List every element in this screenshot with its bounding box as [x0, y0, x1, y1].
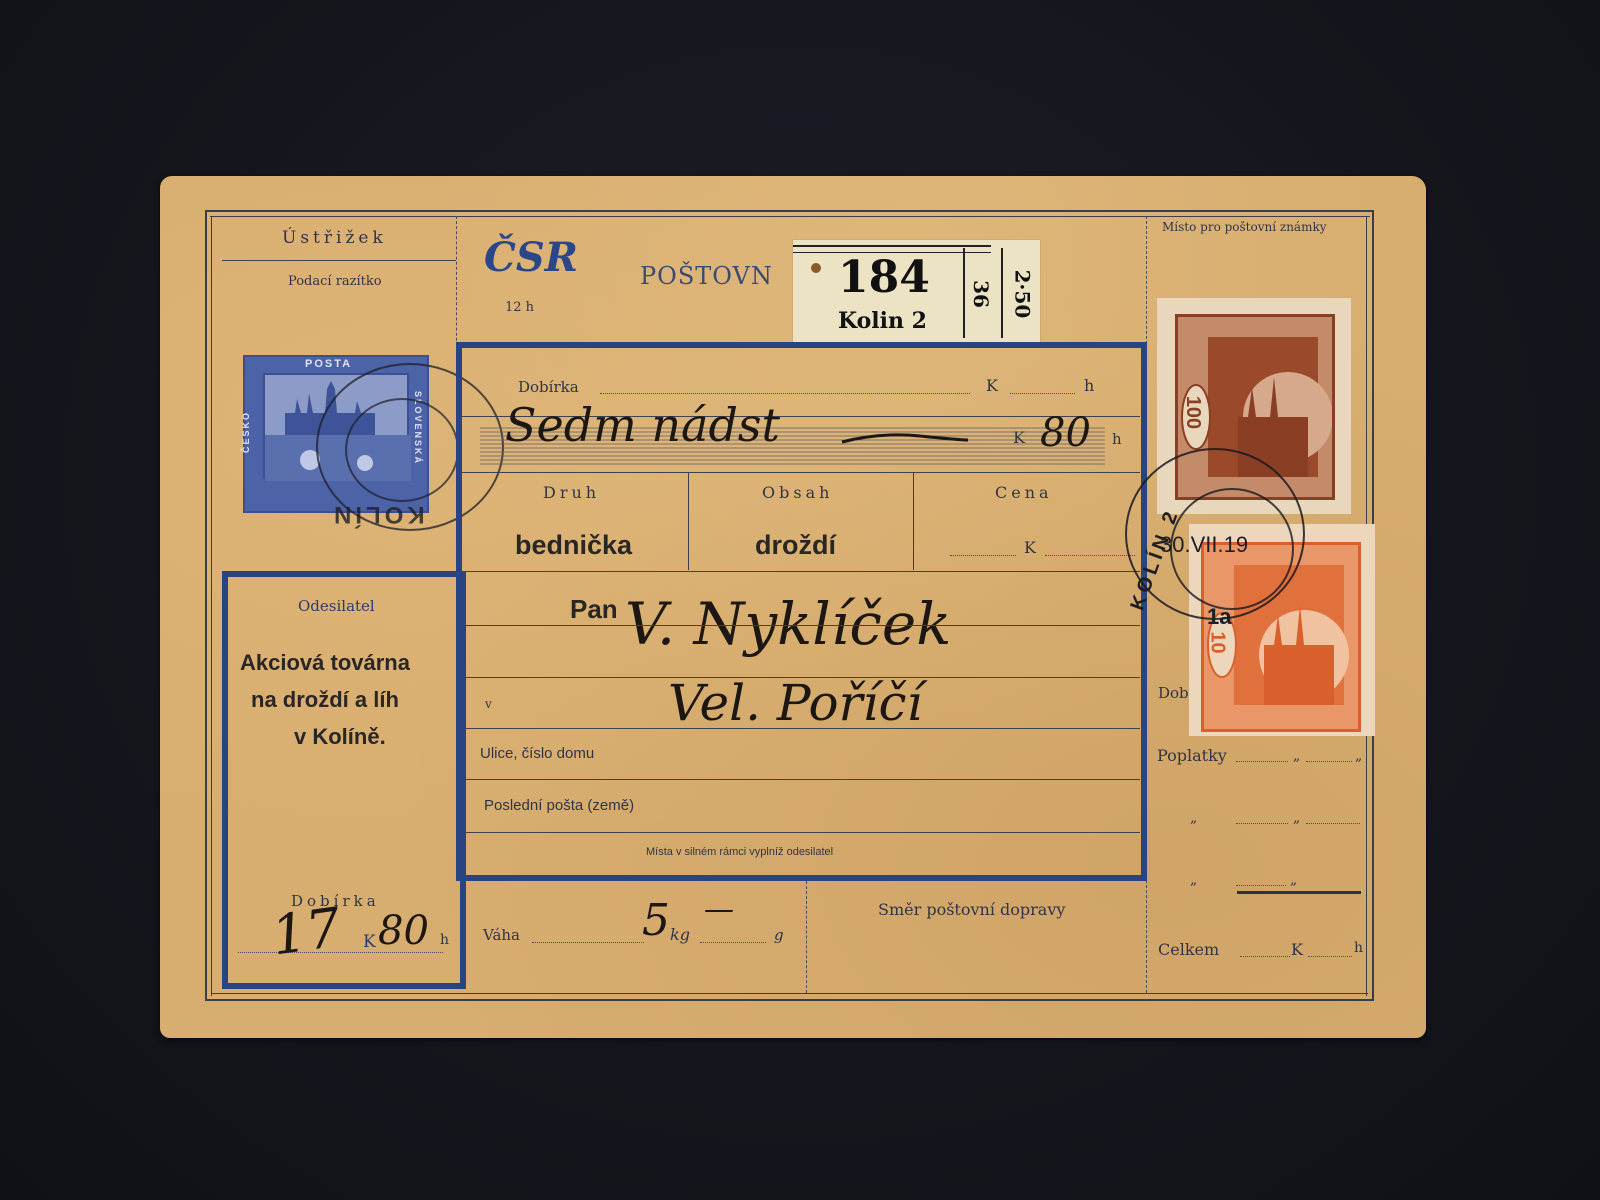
- frame-left-inner: [211, 216, 212, 996]
- total-h-dotline: [1308, 956, 1352, 957]
- stamp-field-label: Podací razítko: [288, 274, 382, 289]
- route-label: Směr poštovní dopravy: [878, 900, 1065, 919]
- column-value-price: K: [1024, 538, 1036, 557]
- stamp-10-value: 10: [1206, 631, 1229, 653]
- column-value-kind: bednička: [515, 530, 632, 561]
- stub-divider: [456, 216, 457, 356]
- registration-label: 184 Kolin 2 36 2·50: [793, 240, 1040, 343]
- street-label: Ulice, číslo domu: [480, 745, 594, 762]
- street-rule: [462, 779, 1140, 780]
- col-divider-1: [688, 472, 689, 570]
- cod-words-handwritten: Sedm nádst: [505, 398, 780, 452]
- sender-name-line-1: Akciová továrna: [240, 650, 410, 676]
- sender-box: [222, 571, 466, 989]
- cod-k-label: K: [986, 376, 998, 395]
- frame-top-inner: [210, 216, 1370, 217]
- fees-dotline-1: [1236, 761, 1288, 762]
- postmark-kolin-left-inner: [345, 398, 459, 502]
- cod-amount-k-label: K: [1013, 428, 1025, 447]
- total-h-label: h: [1354, 940, 1363, 956]
- stub-cod-k-handwritten: 17: [268, 896, 345, 968]
- weight-handwritten: 5: [642, 895, 670, 946]
- weight-route-divider: [806, 881, 807, 993]
- total-k-dotline: [1240, 956, 1290, 957]
- weight-kg-dotline: [532, 942, 644, 943]
- stamp-left-text: ČESKO: [241, 411, 251, 453]
- cod-h-label: h: [1084, 376, 1094, 395]
- column-header-price: Cena: [995, 483, 1053, 502]
- denomination: 12 h: [505, 300, 534, 315]
- fees-sum-rule: [1237, 891, 1361, 894]
- stamps-cod-label: Dob: [1158, 684, 1189, 702]
- fees-dotline-3: [1236, 885, 1286, 886]
- col-divider-2: [913, 472, 914, 570]
- card-title: POŠTOVN: [640, 262, 773, 290]
- addressee-prefix: Pan: [570, 594, 618, 625]
- stub-title: Ústřižek: [282, 228, 387, 248]
- columns-bottom-rule: [462, 571, 1140, 572]
- fees-ditto-2a: „: [1190, 810, 1197, 826]
- fees-label: Poplatky: [1157, 746, 1227, 765]
- sender-fill-note: Místa v silném rámci vyplníž odesilatel: [646, 846, 833, 858]
- price-h-dotline: [1045, 555, 1135, 556]
- total-k-label: K: [1291, 940, 1303, 959]
- registration-office: Kolin 2: [838, 308, 927, 334]
- stub-cod-h-label: h: [440, 932, 449, 948]
- postmark-left-town: KOLÍN: [330, 500, 425, 528]
- registration-number: 184: [838, 252, 930, 303]
- frame-top-outer: [205, 210, 1373, 212]
- cod-amount-h-label: h: [1112, 430, 1122, 448]
- fees-ditto-1: „: [1293, 748, 1300, 764]
- price-dotline: [950, 555, 1016, 556]
- cod-h-dotline: [1010, 393, 1075, 394]
- fees-ditto-2: „: [1293, 810, 1300, 826]
- column-value-contents: droždí: [755, 530, 836, 561]
- weight-g-label: g: [774, 926, 784, 944]
- stamp-100-value: 100: [1181, 396, 1204, 429]
- fees-dotline-1b: [1306, 761, 1352, 762]
- cod-label: Dobírka: [518, 378, 579, 396]
- fees-ditto-3: „: [1290, 872, 1297, 888]
- cod-amount-h-handwritten: 80: [1040, 410, 1091, 456]
- fees-dotline-2b: [1306, 823, 1360, 824]
- frame-bottom-inner: [211, 993, 1368, 994]
- place-rule: [462, 728, 1140, 729]
- sender-label: Odesilatel: [298, 597, 375, 615]
- stub-cod-h-handwritten: 80: [378, 908, 429, 954]
- cod-dotline: [600, 393, 970, 394]
- registration-col2: 2·50: [1010, 270, 1034, 319]
- column-header-contents: Obsah: [762, 483, 833, 502]
- frame-left-outer: [205, 210, 207, 1000]
- weight-label: Váha: [483, 926, 520, 944]
- frame-bottom-outer: [205, 999, 1374, 1001]
- fees-dotline-2: [1236, 823, 1288, 824]
- column-header-kind: Druh: [543, 483, 600, 502]
- total-label: Celkem: [1158, 940, 1219, 959]
- columns-top-rule: [462, 472, 1140, 473]
- stamp-top-text: POSTA: [305, 358, 352, 370]
- sender-name-line-3: v Kolíně.: [294, 724, 386, 750]
- place-prefix: v: [485, 697, 492, 711]
- sender-name-line-2: na droždí a líh: [251, 687, 399, 713]
- fees-ditto-1b: „: [1355, 748, 1362, 764]
- last-post-label: Poslední pošta (země): [484, 797, 634, 814]
- place-handwritten: Vel. Poříčí: [668, 674, 923, 732]
- weight-dash: —: [704, 892, 734, 927]
- csr-monogram: ČSR: [484, 234, 578, 281]
- stamps-header: Místo pro poštovní známky: [1162, 220, 1327, 234]
- addressee-name-handwritten: V. Nyklíček: [625, 590, 951, 658]
- registration-col1: 36: [969, 280, 993, 308]
- label-hole: [811, 263, 821, 273]
- weight-g-dotline: [700, 942, 766, 943]
- stub-cod-k-label: K: [363, 932, 376, 952]
- addressee-rule-1: [462, 625, 1140, 626]
- fees-ditto-3a: „: [1190, 872, 1197, 888]
- stub-title-rule: [222, 260, 456, 261]
- postmark-code: 1a: [1207, 604, 1231, 630]
- handwritten-dash: [840, 428, 970, 448]
- weight-kg-label: kg: [670, 925, 690, 944]
- last-post-rule: [462, 832, 1140, 833]
